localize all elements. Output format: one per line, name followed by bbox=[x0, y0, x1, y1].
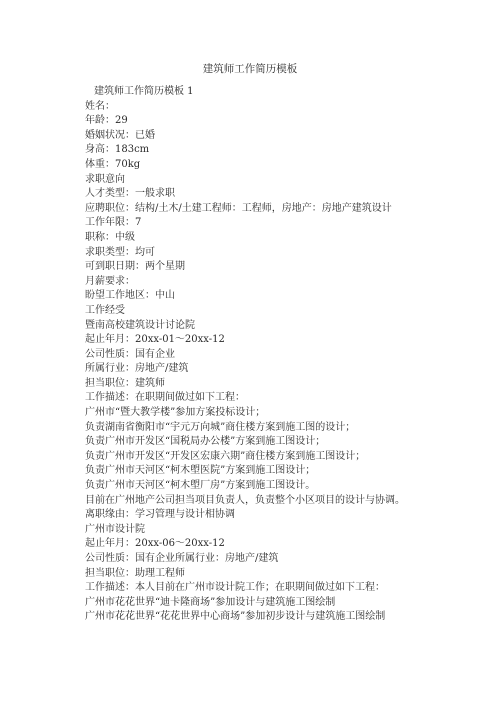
text-line: 起止年月：20xx-06～20xx-12 bbox=[85, 537, 485, 552]
text-line: 负责广州市天河区“柯木塱厂房”方案到施工图设计。 bbox=[85, 479, 485, 494]
document-body: 建筑师工作简历模板 1姓名：年龄：29婚姻状况：已婚身高：183cm体重：70k… bbox=[85, 85, 485, 625]
text-line: 身高：183cm bbox=[85, 143, 485, 158]
text-line: 月薪要求： bbox=[85, 275, 485, 290]
document-page: 建筑师工作简历模板 建筑师工作简历模板 1姓名：年龄：29婚姻状况：已婚身高：1… bbox=[0, 0, 500, 707]
text-line: 工作经受 bbox=[85, 304, 485, 319]
text-line: 所属行业：房地产/建筑 bbox=[85, 362, 485, 377]
document-title: 建筑师工作简历模板 bbox=[0, 62, 500, 76]
text-line: 起止年月：20xx-01～20xx-12 bbox=[85, 333, 485, 348]
text-line: 负责湖南省衡阳市“宇元万向城”商住楼方案到施工图的设计； bbox=[85, 421, 485, 436]
text-line: 负责广州市天河区“柯木塱医院”方案到施工图设计； bbox=[85, 464, 485, 479]
text-line: 盼望工作地区：中山 bbox=[85, 289, 485, 304]
text-line: 婚姻状况：已婚 bbox=[85, 129, 485, 144]
text-line: 广州市花花世界“花花世界中心商场”参加初步设计与建筑施工图绘制 bbox=[85, 610, 485, 625]
text-line: 目前在广州地产公司担当项目负责人，负责整个小区项目的设计与协调。 bbox=[85, 494, 485, 509]
text-line: 公司性质：国有企业所属行业：房地产/建筑 bbox=[85, 552, 485, 567]
text-line: 姓名： bbox=[85, 100, 485, 115]
text-line: 职称：中级 bbox=[85, 231, 485, 246]
text-line: 广州市花花世界“迪卡隆商场”参加设计与建筑施工图绘制 bbox=[85, 596, 485, 611]
text-line: 可到职日期：两个星期 bbox=[85, 260, 485, 275]
text-line: 公司性质：国有企业 bbox=[85, 348, 485, 363]
text-line: 工作描述：在职期间做过如下工程： bbox=[85, 391, 485, 406]
text-line: 担当职位：助理工程师 bbox=[85, 567, 485, 582]
text-line: 人才类型：一般求职 bbox=[85, 187, 485, 202]
text-line: 广州市设计院 bbox=[85, 523, 485, 538]
text-line: 担当职位：建筑师 bbox=[85, 377, 485, 392]
text-line: 工作年限：7 bbox=[85, 216, 485, 231]
text-line: 求职类型：均可 bbox=[85, 246, 485, 261]
section-heading: 建筑师工作简历模板 1 bbox=[85, 85, 485, 100]
text-line: 广州市“暨大教学楼”参加方案投标设计； bbox=[85, 406, 485, 421]
text-line: 体重：70kg bbox=[85, 158, 485, 173]
text-line: 工作描述：本人目前在广州市设计院工作；在职期间做过如下工程： bbox=[85, 581, 485, 596]
text-line: 年龄：29 bbox=[85, 114, 485, 129]
text-line: 离职缘由：学习管理与设计相协调 bbox=[85, 508, 485, 523]
text-line: 负责广州市开发区“国税局办公楼”方案到施工图设计； bbox=[85, 435, 485, 450]
text-line: 求职意向 bbox=[85, 173, 485, 188]
text-line: 负责广州市开发区“开发区宏康六期”商住楼方案到施工图设计； bbox=[85, 450, 485, 465]
text-line: 暨南高校建筑设计讨论院 bbox=[85, 319, 485, 334]
text-line: 应聘职位：结构/土木/土建工程师：工程师，房地产：房地产建筑设计 bbox=[85, 202, 485, 217]
